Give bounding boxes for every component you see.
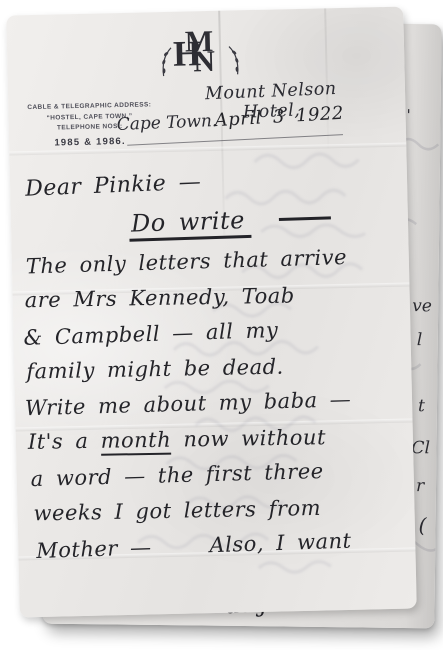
letter-body: The only letters that arrive are Mrs Ken… — [20, 245, 407, 573]
second-page-text-fragment: t — [418, 396, 425, 416]
telephone-numbers: 1985 & 1986. — [25, 133, 155, 152]
body-line-text: now without — [183, 425, 326, 451]
underlined-word-month: month — [100, 427, 171, 455]
city-line: Cape Town. — [116, 111, 217, 135]
emphasized-do-write-line: Do write — [129, 203, 332, 237]
long-dash-stroke — [279, 216, 331, 221]
body-line-text: Also, I want — [209, 529, 352, 569]
monogram-letter-n: N — [193, 47, 215, 77]
second-page-text-fragment: Cl — [411, 438, 430, 458]
letter-page: H M N Cable & Telegraphic Address: “Host… — [6, 7, 417, 618]
do-write-underlined: Do write — [129, 206, 252, 242]
laurel-sprig-icon — [227, 44, 242, 76]
second-page-text-fragment: r — [416, 476, 424, 496]
hotel-monogram: H M N — [171, 26, 232, 87]
body-line-text: It's a — [28, 428, 89, 453]
laurel-sprig-icon — [159, 46, 174, 78]
scanned-letter-photo: ' ve l t Cl r ( unje — — [0, 0, 443, 650]
body-line-text: Mother — — [36, 535, 152, 574]
second-page-text-fragment: ( — [418, 513, 426, 537]
second-page-text-fragment: ve — [412, 296, 432, 316]
salutation: Dear Pinkie — — [25, 170, 202, 202]
second-page-text-fragment: l — [417, 330, 423, 350]
second-page-text-fragment: ' — [406, 106, 410, 124]
